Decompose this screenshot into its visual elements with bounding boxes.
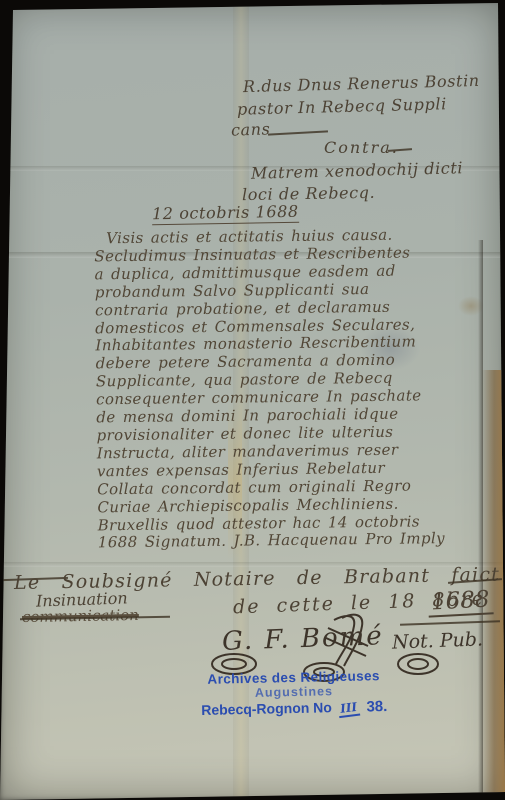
plaintiff-line: pastor In Rebecq Suppli [237,94,447,118]
pen-stroke [268,130,328,135]
body-line: 1688 Signatum. J.B. Hacquenau Pro Imply [98,530,483,553]
decree-body: Visis actis et actitatis huius causa. Se… [94,226,483,553]
versus-label: Contra. [324,138,399,157]
defendant-line: Matrem xenodochij dicti [251,158,464,183]
notary-title: Not. Pub. [392,628,484,653]
plaintiff-line: cans [231,119,271,139]
pen-stroke [388,148,412,152]
handwritten-item-number: 38. [366,698,387,715]
handwritten-series-number: III [338,700,361,718]
archive-stamp: Archives des Religieuses Augustines Rebe… [186,668,403,721]
decree-date: 12 octobris 1688 [152,202,299,226]
plaintiff-line: R.dus Dnus Renerus Bostin [243,71,480,96]
document-photo: R.dus Dnus Renerus Bostin pastor In Rebe… [0,0,505,800]
stamp-series-label: Rebecq-Rognon No [201,699,332,718]
defendant-line: loci de Rebecq. [242,183,376,204]
stamp-line: Rebecq-Rognon No III 38. [186,698,402,721]
manuscript-paper: R.dus Dnus Renerus Bostin pastor In Rebe… [0,0,505,800]
